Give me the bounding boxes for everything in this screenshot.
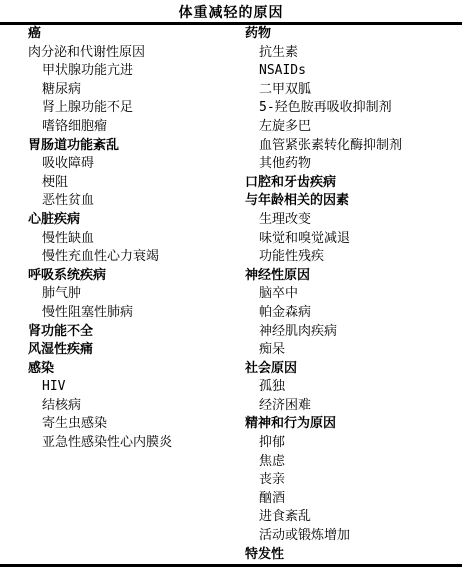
cause-item: 二甲双胍	[231, 81, 462, 100]
cause-item: 抑郁	[231, 434, 462, 453]
cause-item: 脑卒中	[231, 285, 462, 304]
section-header: 药物	[231, 25, 462, 44]
cause-item: 抗生素	[231, 44, 462, 63]
cause-item: 梗阻	[0, 174, 231, 193]
cause-item: 焦虑	[231, 453, 462, 472]
cause-item: 慢性阻塞性肺病	[0, 304, 231, 323]
section-header: 胃肠道功能紊乱	[0, 137, 231, 156]
cause-item: 糖尿病	[0, 81, 231, 100]
cause-item: 嗜铬细胞瘤	[0, 118, 231, 137]
table-body: 癌肉分泌和代谢性原因甲状腺功能亢进糖尿病肾上腺功能不足嗜铬细胞瘤胃肠道功能紊乱吸…	[0, 25, 462, 564]
cause-item: 肉分泌和代谢性原因	[0, 44, 231, 63]
cause-item: 肾上腺功能不足	[0, 99, 231, 118]
cause-item: NSAIDs	[231, 62, 462, 81]
cause-item: 酗酒	[231, 490, 462, 509]
cause-item: 5-羟色胺再吸收抑制剂	[231, 99, 462, 118]
section-header: 特发性	[231, 546, 462, 565]
cause-item: 甲状腺功能亢进	[0, 62, 231, 81]
cause-item: 经济困难	[231, 397, 462, 416]
cause-item: 功能性残疾	[231, 248, 462, 267]
cause-item: 恶性贫血	[0, 192, 231, 211]
cause-item: 进食紊乱	[231, 508, 462, 527]
section-header: 神经性原因	[231, 267, 462, 286]
bottom-margin	[0, 567, 462, 573]
left-column: 癌肉分泌和代谢性原因甲状腺功能亢进糖尿病肾上腺功能不足嗜铬细胞瘤胃肠道功能紊乱吸…	[0, 25, 231, 564]
cause-item: 寄生虫感染	[0, 415, 231, 434]
section-header: 感染	[0, 360, 231, 379]
section-header: 社会原因	[231, 360, 462, 379]
cause-item: 吸收障碍	[0, 155, 231, 174]
cause-item: 孤独	[231, 378, 462, 397]
cause-item: 血管紧张素转化酶抑制剂	[231, 137, 462, 156]
page-title: 体重减轻的原因	[0, 0, 462, 22]
right-column: 药物抗生素NSAIDs二甲双胍5-羟色胺再吸收抑制剂左旋多巴血管紧张素转化酶抑制…	[231, 25, 462, 564]
cause-item: 左旋多巴	[231, 118, 462, 137]
cause-item: 结核病	[0, 397, 231, 416]
cause-item: 神经肌肉疾病	[231, 323, 462, 342]
cause-item: 肺气肿	[0, 285, 231, 304]
section-header: 心脏疾病	[0, 211, 231, 230]
cause-item: 活动或锻炼增加	[231, 527, 462, 546]
cause-item: 丧亲	[231, 471, 462, 490]
cause-item: 慢性充血性心力衰竭	[0, 248, 231, 267]
cause-item: 痴呆	[231, 341, 462, 360]
weight-loss-causes-document: 体重减轻的原因 癌肉分泌和代谢性原因甲状腺功能亢进糖尿病肾上腺功能不足嗜铬细胞瘤…	[0, 0, 462, 576]
section-header: 精神和行为原因	[231, 415, 462, 434]
section-header: 与年龄相关的因素	[231, 192, 462, 211]
cause-item: 其他药物	[231, 155, 462, 174]
cause-item: 慢性缺血	[0, 230, 231, 249]
cause-item: 帕金森病	[231, 304, 462, 323]
section-header: 口腔和牙齿疾病	[231, 174, 462, 193]
section-header: 风湿性疾痛	[0, 341, 231, 360]
cause-item: HIV	[0, 378, 231, 397]
cause-item: 亚急性感染性心内膜炎	[0, 434, 231, 453]
cause-item: 生理改变	[231, 211, 462, 230]
cause-item: 味觉和嗅觉减退	[231, 230, 462, 249]
section-header: 肾功能不全	[0, 323, 231, 342]
section-header: 呼吸系统疾病	[0, 267, 231, 286]
section-header: 癌	[0, 25, 231, 44]
